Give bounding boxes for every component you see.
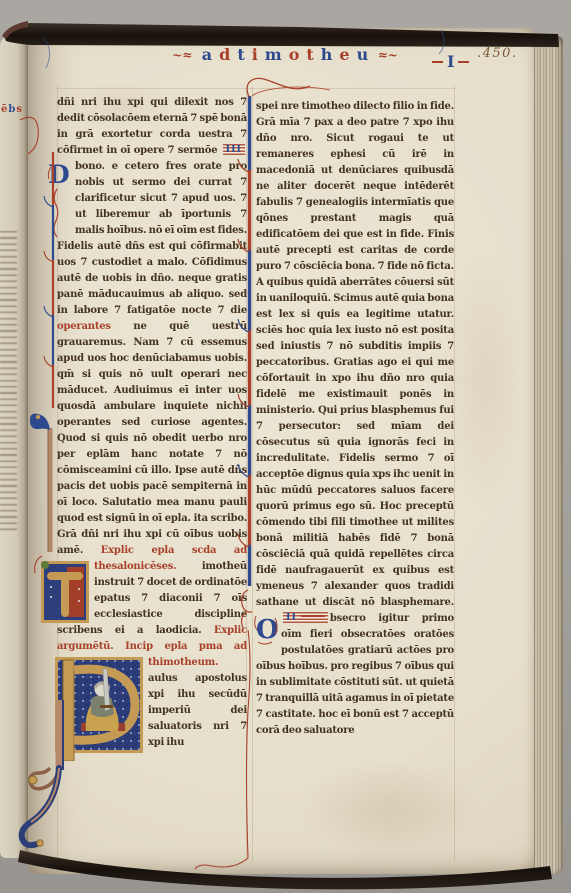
- body-text: spei nre timotheo dilecto filio in fide.…: [256, 101, 454, 608]
- facing-title-glyph: b: [8, 104, 16, 115]
- green-leaf: [41, 561, 49, 569]
- facing-page-text-showthrough: [0, 231, 17, 531]
- initial-p-art: P: [55, 657, 143, 761]
- numeral-dash: [432, 61, 443, 63]
- facing-title-glyph: ē: [1, 104, 8, 115]
- p-letter-stem: [63, 660, 74, 761]
- illuminated-initial-p: P: [55, 657, 143, 761]
- initial-t-art: T: [41, 561, 89, 623]
- illuminated-initial-o: O: [254, 612, 278, 646]
- numeral-dash: [458, 61, 469, 63]
- book-numeral: I: [447, 52, 454, 71]
- chapter-numeral-II: II: [283, 612, 328, 623]
- title-letter: t: [237, 46, 244, 64]
- d-filigree: [54, 189, 58, 237]
- ruling-line: [252, 86, 253, 862]
- initial-d-art: D: [47, 161, 71, 239]
- facing-page-title-glyphs: ēbs: [1, 104, 27, 115]
- body-text: bsecro igitur primo oīm fieri obsecratōe…: [256, 613, 454, 736]
- book-numeral-group: I: [428, 52, 473, 71]
- book-fore-edge: [534, 36, 563, 874]
- title-letter: h: [321, 46, 333, 64]
- title-letter: m: [265, 46, 282, 64]
- folio-number: .450.: [477, 46, 518, 61]
- title-letter-mark: ˘: [359, 38, 364, 56]
- body-text: dñi nri ihu xpi qui dilexit nos 7 dedit …: [57, 97, 247, 156]
- text-column-left: dñi nri ihu xpi qui dilexit nos 7 dedit …: [57, 95, 247, 761]
- facing-title-glyph: s: [16, 104, 23, 115]
- title-letter: u˘: [357, 46, 369, 64]
- body-text: aulus apostolus xpi ihu secūdū imperiū d…: [148, 673, 247, 748]
- ruling-line: [454, 86, 455, 862]
- title-letter: o: [289, 46, 300, 64]
- facing-page-edge: ēbs: [0, 36, 30, 858]
- body-text: ne quē uestrū grauaremus. Nam 7 cū essem…: [57, 321, 247, 556]
- initial-o-art: O: [254, 612, 278, 646]
- title-letter: d: [219, 46, 230, 64]
- svg-text:O: O: [256, 615, 278, 645]
- manuscript-photo: ēbs ~≈adtimotheu˘≈~ I .450. dñi nri ihu …: [0, 0, 571, 893]
- svg-text:D: D: [48, 161, 69, 189]
- running-title: ~≈adtimotheu˘≈~: [150, 46, 420, 64]
- body-text: e cetero fres orate pro nobis ut sermo d…: [57, 161, 247, 316]
- title-letter: a: [202, 46, 212, 64]
- body-text: bono.: [75, 161, 112, 172]
- sword-guard: [100, 705, 113, 708]
- illuminated-initial-d: D: [47, 161, 71, 239]
- title-flourish: ≈~: [378, 48, 398, 62]
- title-letter: e: [339, 46, 349, 64]
- ruling-line: [57, 88, 455, 89]
- illuminated-initial-t: T: [41, 561, 89, 623]
- chapter-numeral-III: III: [223, 144, 245, 155]
- title-letter: t: [306, 46, 313, 64]
- text-column-right: spei nre timotheo dilecto filio in fide.…: [256, 99, 454, 739]
- rubric-text: operantes: [57, 321, 111, 332]
- title-flourish: ~≈: [172, 48, 192, 62]
- title-letter: i: [252, 46, 258, 64]
